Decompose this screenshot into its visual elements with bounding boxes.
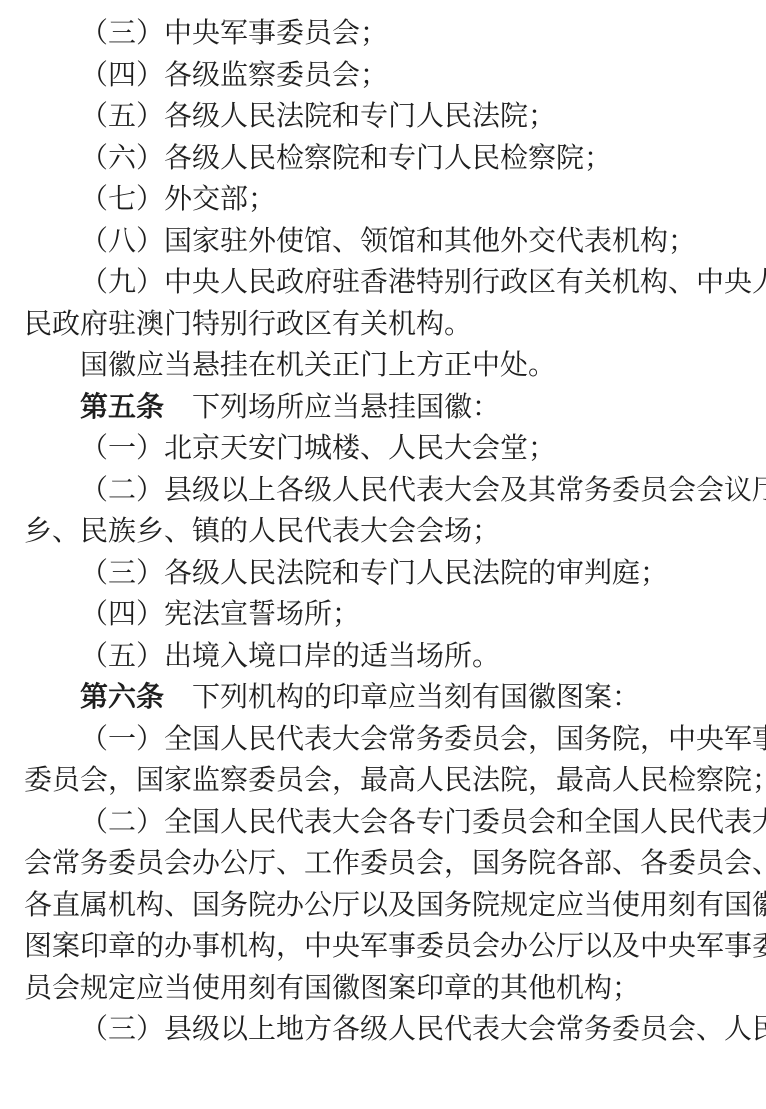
text-line: （五）出境入境口岸的适当场所。	[24, 635, 746, 677]
text-line: 民政府驻澳门特别行政区有关机构。	[24, 303, 746, 345]
text-segment: （五）各级人民法院和专门人民法院；	[80, 99, 556, 132]
text-segment: 图案印章的办事机构，中央军事委员会办公厅以及中央军事委	[24, 929, 766, 962]
text-line: （二）县级以上各级人民代表大会及其常务委员会会议厅，	[24, 469, 746, 511]
article-6-item-2-committees-and-offices: （二）全国人民代表大会各专门委员会和全国人民代表大会常务委员会办公厅、工作委员会…	[24, 801, 746, 1009]
article-number-label: 第五条	[80, 390, 164, 423]
clause-item-3-central-military-commission: （三）中央军事委员会；	[24, 12, 746, 54]
article-5-item-1-tiananmen-great-hall: （一）北京天安门城楼、人民大会堂；	[24, 427, 746, 469]
text-line: 第六条 下列机构的印章应当刻有国徽图案：	[24, 676, 746, 718]
text-line: 国徽应当悬挂在机关正门上方正中处。	[24, 344, 746, 386]
text-segment: （六）各级人民检察院和专门人民检察院；	[80, 141, 612, 174]
text-line: 图案印章的办事机构，中央军事委员会办公厅以及中央军事委	[24, 925, 746, 967]
text-segment: 会常务委员会办公厅、工作委员会，国务院各部、各委员会、	[24, 846, 766, 879]
text-segment: 下列场所应当悬挂国徽：	[164, 390, 500, 423]
text-segment: 乡、民族乡、镇的人民代表大会会场；	[24, 514, 500, 547]
text-line: （四）宪法宣誓场所；	[24, 593, 746, 635]
text-line: 第五条 下列场所应当悬挂国徽：	[24, 386, 746, 428]
text-line: （三）各级人民法院和专门人民法院的审判庭；	[24, 552, 746, 594]
article-5-item-2-congress-halls: （二）县级以上各级人民代表大会及其常务委员会会议厅，乡、民族乡、镇的人民代表大会…	[24, 469, 746, 552]
text-segment: （四）各级监察委员会；	[80, 58, 388, 91]
clause-item-6-procuratorates: （六）各级人民检察院和专门人民检察院；	[24, 137, 746, 179]
clause-item-7-foreign-ministry: （七）外交部；	[24, 178, 746, 220]
body-paragraph-emblem-hanging-position: 国徽应当悬挂在机关正门上方正中处。	[24, 344, 746, 386]
article-5-item-3-courtrooms: （三）各级人民法院和专门人民法院的审判庭；	[24, 552, 746, 594]
text-line: （一）全国人民代表大会常务委员会，国务院，中央军事	[24, 718, 746, 760]
text-segment: 国徽应当悬挂在机关正门上方正中处。	[80, 348, 556, 381]
text-line: （六）各级人民检察院和专门人民检察院；	[24, 137, 746, 179]
text-segment: （二）县级以上各级人民代表大会及其常务委员会会议厅，	[80, 473, 766, 506]
clause-item-5-peoples-courts: （五）各级人民法院和专门人民法院；	[24, 95, 746, 137]
text-segment: （一）北京天安门城楼、人民大会堂；	[80, 431, 556, 464]
text-segment: 民政府驻澳门特别行政区有关机构。	[24, 307, 472, 340]
article-6-item-3-local-congresses: （三）县级以上地方各级人民代表大会常务委员会、人民	[24, 1008, 746, 1050]
text-segment: 委员会，国家监察委员会，最高人民法院，最高人民检察院；	[24, 763, 766, 796]
text-segment: （四）宪法宣誓场所；	[80, 597, 360, 630]
clause-item-9-hk-macao-offices: （九）中央人民政府驻香港特别行政区有关机构、中央人民政府驻澳门特别行政区有关机构…	[24, 261, 746, 344]
text-line: 乡、民族乡、镇的人民代表大会会场；	[24, 510, 746, 552]
text-segment: 员会规定应当使用刻有国徽图案印章的其他机构；	[24, 971, 640, 1004]
text-segment: （二）全国人民代表大会各专门委员会和全国人民代表大	[80, 805, 766, 838]
article-5-item-5-border-ports: （五）出境入境口岸的适当场所。	[24, 635, 746, 677]
document-text: （三）中央军事委员会；（四）各级监察委员会；（五）各级人民法院和专门人民法院；（…	[0, 0, 766, 1050]
text-segment: （三）中央军事委员会；	[80, 16, 388, 49]
text-segment: （七）外交部；	[80, 182, 276, 215]
document-page: （三）中央军事委员会；（四）各级监察委员会；（五）各级人民法院和专门人民法院；（…	[0, 0, 766, 1109]
text-segment: （八）国家驻外使馆、领馆和其他外交代表机构；	[80, 224, 696, 257]
text-line: （五）各级人民法院和专门人民法院；	[24, 95, 746, 137]
clause-item-8-embassies: （八）国家驻外使馆、领馆和其他外交代表机构；	[24, 220, 746, 262]
text-segment: （三）县级以上地方各级人民代表大会常务委员会、人民	[80, 1012, 766, 1045]
text-line: 委员会，国家监察委员会，最高人民法院，最高人民检察院；	[24, 759, 746, 801]
text-line: 员会规定应当使用刻有国徽图案印章的其他机构；	[24, 967, 746, 1009]
text-line: 会常务委员会办公厅、工作委员会，国务院各部、各委员会、	[24, 842, 746, 884]
text-line: （一）北京天安门城楼、人民大会堂；	[24, 427, 746, 469]
text-line: （九）中央人民政府驻香港特别行政区有关机构、中央人	[24, 261, 746, 303]
clause-item-4-supervisory-commissions: （四）各级监察委员会；	[24, 54, 746, 96]
text-segment: （一）全国人民代表大会常务委员会，国务院，中央军事	[80, 722, 766, 755]
text-line: （三）中央军事委员会；	[24, 12, 746, 54]
text-segment: （五）出境入境口岸的适当场所。	[80, 639, 500, 672]
text-segment: 下列机构的印章应当刻有国徽图案：	[164, 680, 640, 713]
text-segment: 各直属机构、国务院办公厅以及国务院规定应当使用刻有国徽	[24, 888, 766, 921]
article-6-item-1-state-organs: （一）全国人民代表大会常务委员会，国务院，中央军事委员会，国家监察委员会，最高人…	[24, 718, 746, 801]
text-line: 各直属机构、国务院办公厅以及国务院规定应当使用刻有国徽	[24, 884, 746, 926]
text-segment: （三）各级人民法院和专门人民法院的审判庭；	[80, 556, 668, 589]
text-line: （七）外交部；	[24, 178, 746, 220]
text-segment: （九）中央人民政府驻香港特别行政区有关机构、中央人	[80, 265, 766, 298]
article-6-heading: 第六条 下列机构的印章应当刻有国徽图案：	[24, 676, 746, 718]
text-line: （四）各级监察委员会；	[24, 54, 746, 96]
article-5-item-4-constitution-oath-venues: （四）宪法宣誓场所；	[24, 593, 746, 635]
article-5-heading: 第五条 下列场所应当悬挂国徽：	[24, 386, 746, 428]
text-line: （二）全国人民代表大会各专门委员会和全国人民代表大	[24, 801, 746, 843]
text-line: （三）县级以上地方各级人民代表大会常务委员会、人民	[24, 1008, 746, 1050]
text-line: （八）国家驻外使馆、领馆和其他外交代表机构；	[24, 220, 746, 262]
article-number-label: 第六条	[80, 680, 164, 713]
